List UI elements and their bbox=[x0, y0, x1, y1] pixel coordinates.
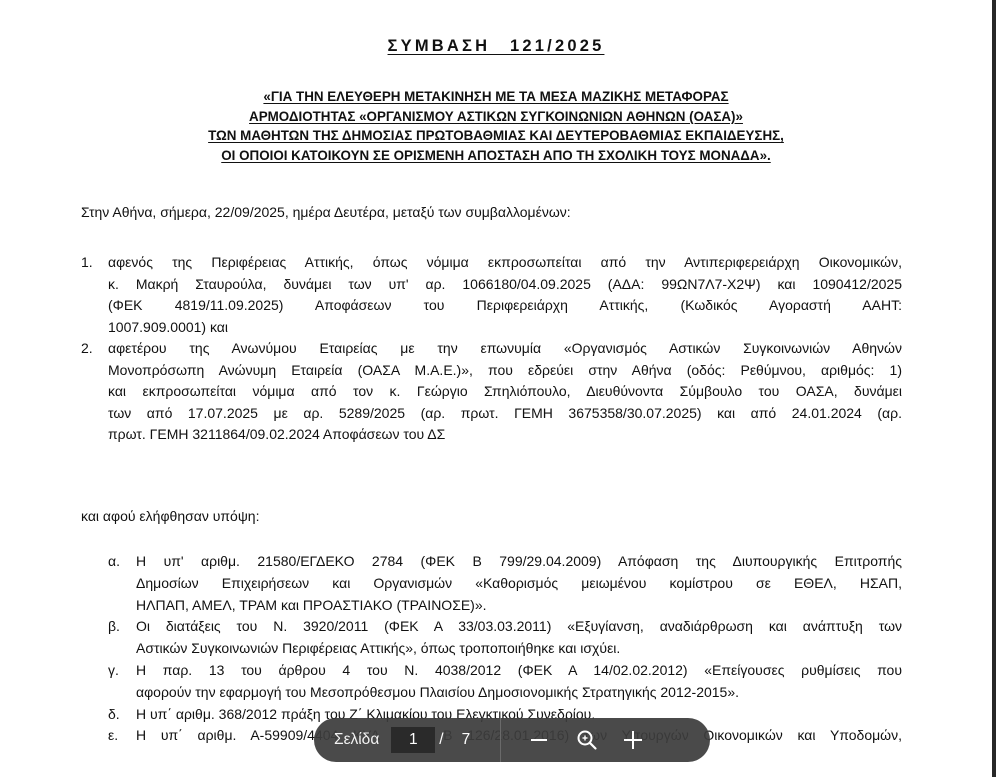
text-line: Δημοσίων Επιχειρήσεων και Οργανισμών «Κα… bbox=[136, 573, 902, 595]
text-line: πρωτ. ΓΕΜΗ 3211864/09.02.2024 Αποφάσεων … bbox=[108, 424, 902, 446]
list-marker: γ. bbox=[108, 660, 119, 682]
page-number-input[interactable]: 1 bbox=[391, 727, 435, 753]
text-line: των από 17.07.2025 με αρ. 5289/2025 (αρ.… bbox=[108, 403, 902, 425]
party-item: 1. αφενός της Περιφέρειας Αττικής, όπως … bbox=[81, 252, 902, 338]
text-line: (ΦΕΚ 4819/11.09.2025) Αποφάσεων του Περι… bbox=[108, 295, 902, 317]
pdf-viewer: ΣΥΜΒΑΣΗ 121/2025 «ΓΙΑ ΤΗΝ ΕΛΕΥΘΕΡΗ ΜΕΤΑΚ… bbox=[0, 0, 996, 777]
list-marker: β. bbox=[108, 616, 120, 638]
zoom-out-button[interactable] bbox=[521, 722, 557, 758]
subtitle-line: ΤΩΝ ΜΑΘΗΤΩΝ ΤΗΣ ΔΗΜΟΣΙΑΣ ΠΡΩΤΟΒΑΘΜΙΑΣ ΚΑ… bbox=[0, 126, 992, 146]
text-line: 1007.909.0001) και bbox=[108, 317, 902, 339]
list-marker: 2. bbox=[81, 338, 93, 360]
text-line: Αστικών Συγκοινωνιών Περιφέρειας Αττικής… bbox=[136, 638, 902, 660]
consideration-item: α. Η υπ' αριθμ. 21580/ΕΓΔΕΚΟ 2784 (ΦΕΚ Β… bbox=[108, 551, 902, 616]
text-line: αφενός της Περιφέρειας Αττικής, όπως νόμ… bbox=[108, 252, 902, 274]
list-marker: δ. bbox=[108, 704, 120, 726]
vertical-scrollbar[interactable] bbox=[992, 0, 996, 777]
intro-paragraph: Στην Αθήνα, σήμερα, 22/09/2025, ημέρα Δε… bbox=[81, 202, 571, 224]
list-marker: ε. bbox=[108, 725, 118, 747]
list-marker: 1. bbox=[81, 252, 93, 274]
subtitle-line: «ΓΙΑ ΤΗΝ ΕΛΕΥΘΕΡΗ ΜΕΤΑΚΙΝΗΣΗ ΜΕ ΤΑ ΜΕΣΑ … bbox=[0, 87, 992, 107]
considering-paragraph: και αφού ελήφθησαν υπόψη: bbox=[81, 506, 260, 528]
document-subtitle: «ΓΙΑ ΤΗΝ ΕΛΕΥΘΕΡΗ ΜΕΤΑΚΙΝΗΣΗ ΜΕ ΤΑ ΜΕΣΑ … bbox=[0, 87, 992, 165]
text-line: ΗΛΠΑΠ, ΑΜΕΛ, ΤΡΑΜ και ΠΡΟΑΣΤΙΑΚΟ (ΤΡΑΙΝΟ… bbox=[136, 595, 902, 617]
consideration-item: β. Οι διατάξεις του Ν. 3920/2011 (ΦΕΚ Α … bbox=[108, 616, 902, 660]
minus-icon bbox=[529, 730, 549, 750]
plus-icon bbox=[622, 729, 644, 751]
text-line: Οι διατάξεις του Ν. 3920/2011 (ΦΕΚ Α 33/… bbox=[136, 616, 902, 638]
zoom-in-button[interactable] bbox=[615, 722, 651, 758]
text-line: αφορούν την εφαρμογή του Μεσοπρόθεσμου Π… bbox=[136, 682, 902, 704]
page-label: Σελίδα bbox=[334, 731, 379, 749]
page-separator: / bbox=[439, 731, 443, 749]
total-pages: 7 bbox=[462, 731, 471, 749]
magnifier-icon bbox=[575, 728, 599, 752]
text-line: Μονοπρόσωπη Ανώνυμη Εταιρεία (ΟΑΣΑ Μ.Α.Ε… bbox=[108, 360, 902, 382]
parties-list: 1. αφενός της Περιφέρειας Αττικής, όπως … bbox=[81, 252, 902, 446]
text-line: Η υπ' αριθμ. 21580/ΕΓΔΕΚΟ 2784 (ΦΕΚ Β 79… bbox=[136, 551, 902, 573]
text-line: και εκπροσωπείται νόμιμα από τον κ. Γεώρ… bbox=[108, 381, 902, 403]
page-navigation-toolbar: Σελίδα 1 / 7 bbox=[314, 718, 710, 762]
text-line: Η παρ. 13 του άρθρου 4 του Ν. 4038/2012 … bbox=[136, 660, 902, 682]
toolbar-divider bbox=[500, 718, 501, 762]
subtitle-line: ΑΡΜΟΔΙΟΤΗΤΑΣ «ΟΡΓΑΝΙΣΜΟΥ ΑΣΤΙΚΩΝ ΣΥΓΚΟΙΝ… bbox=[0, 107, 992, 127]
text-line: κ. Μακρή Σταυρούλα, δυνάμει των υπ' αρ. … bbox=[108, 274, 902, 296]
text-line: αφετέρου της Ανωνύμου Εταιρείας με την ε… bbox=[108, 338, 902, 360]
subtitle-line: ΟΙ ΟΠΟΙΟΙ ΚΑΤΟΙΚΟΥΝ ΣΕ ΟΡΙΣΜΕΝΗ ΑΠΟΣΤΑΣΗ… bbox=[0, 146, 992, 166]
consideration-item: γ. Η παρ. 13 του άρθρου 4 του Ν. 4038/20… bbox=[108, 660, 902, 704]
list-marker: α. bbox=[108, 551, 120, 573]
document-page: ΣΥΜΒΑΣΗ 121/2025 «ΓΙΑ ΤΗΝ ΕΛΕΥΘΕΡΗ ΜΕΤΑΚ… bbox=[0, 0, 992, 777]
zoom-reset-button[interactable] bbox=[569, 722, 605, 758]
document-title: ΣΥΜΒΑΣΗ 121/2025 bbox=[0, 37, 992, 56]
party-item: 2. αφετέρου της Ανωνύμου Εταιρείας με τη… bbox=[81, 338, 902, 446]
